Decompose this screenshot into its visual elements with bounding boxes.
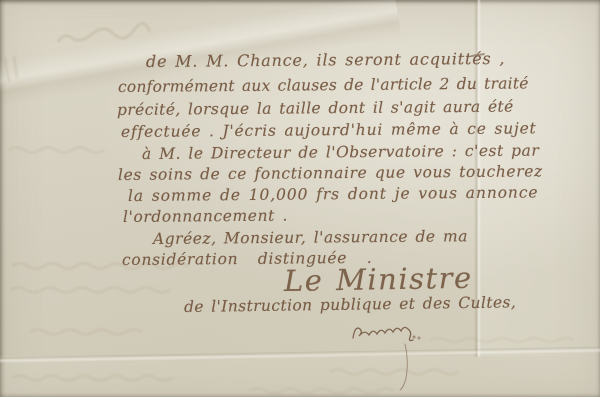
letter-line: effectuée . J'écris aujourd'hui même à c… <box>121 119 537 141</box>
letter-line: à M. le Directeur de l'Observatoire : c'… <box>142 142 539 163</box>
letter-line: les soins de ce fonctionnaire que vous t… <box>118 162 543 184</box>
letter-line: précité, lorsque la taille dont il s'agi… <box>117 98 514 119</box>
letter-line: l'ordonnancement . <box>123 207 288 226</box>
signoff-department: de l'Instruction publique et des Cultes, <box>184 293 516 316</box>
letter-line: de M. M. Chance, ils seront acquittés , <box>146 49 505 71</box>
signoff-title: Le Ministre <box>284 261 473 298</box>
closing-line: Agréez, Monsieur, l'assurance de ma <box>153 227 468 248</box>
paper-sheet: de M. M. Chance, ils seront acquittés , … <box>0 0 600 397</box>
letter-photo: de M. M. Chance, ils seront acquittés , … <box>0 0 600 397</box>
bottom-fold-panel <box>0 356 600 397</box>
letter-line: conformément aux clauses de l'article 2 … <box>118 74 529 96</box>
letter-line: la somme de 10,000 frs dont je vous anno… <box>128 183 539 205</box>
